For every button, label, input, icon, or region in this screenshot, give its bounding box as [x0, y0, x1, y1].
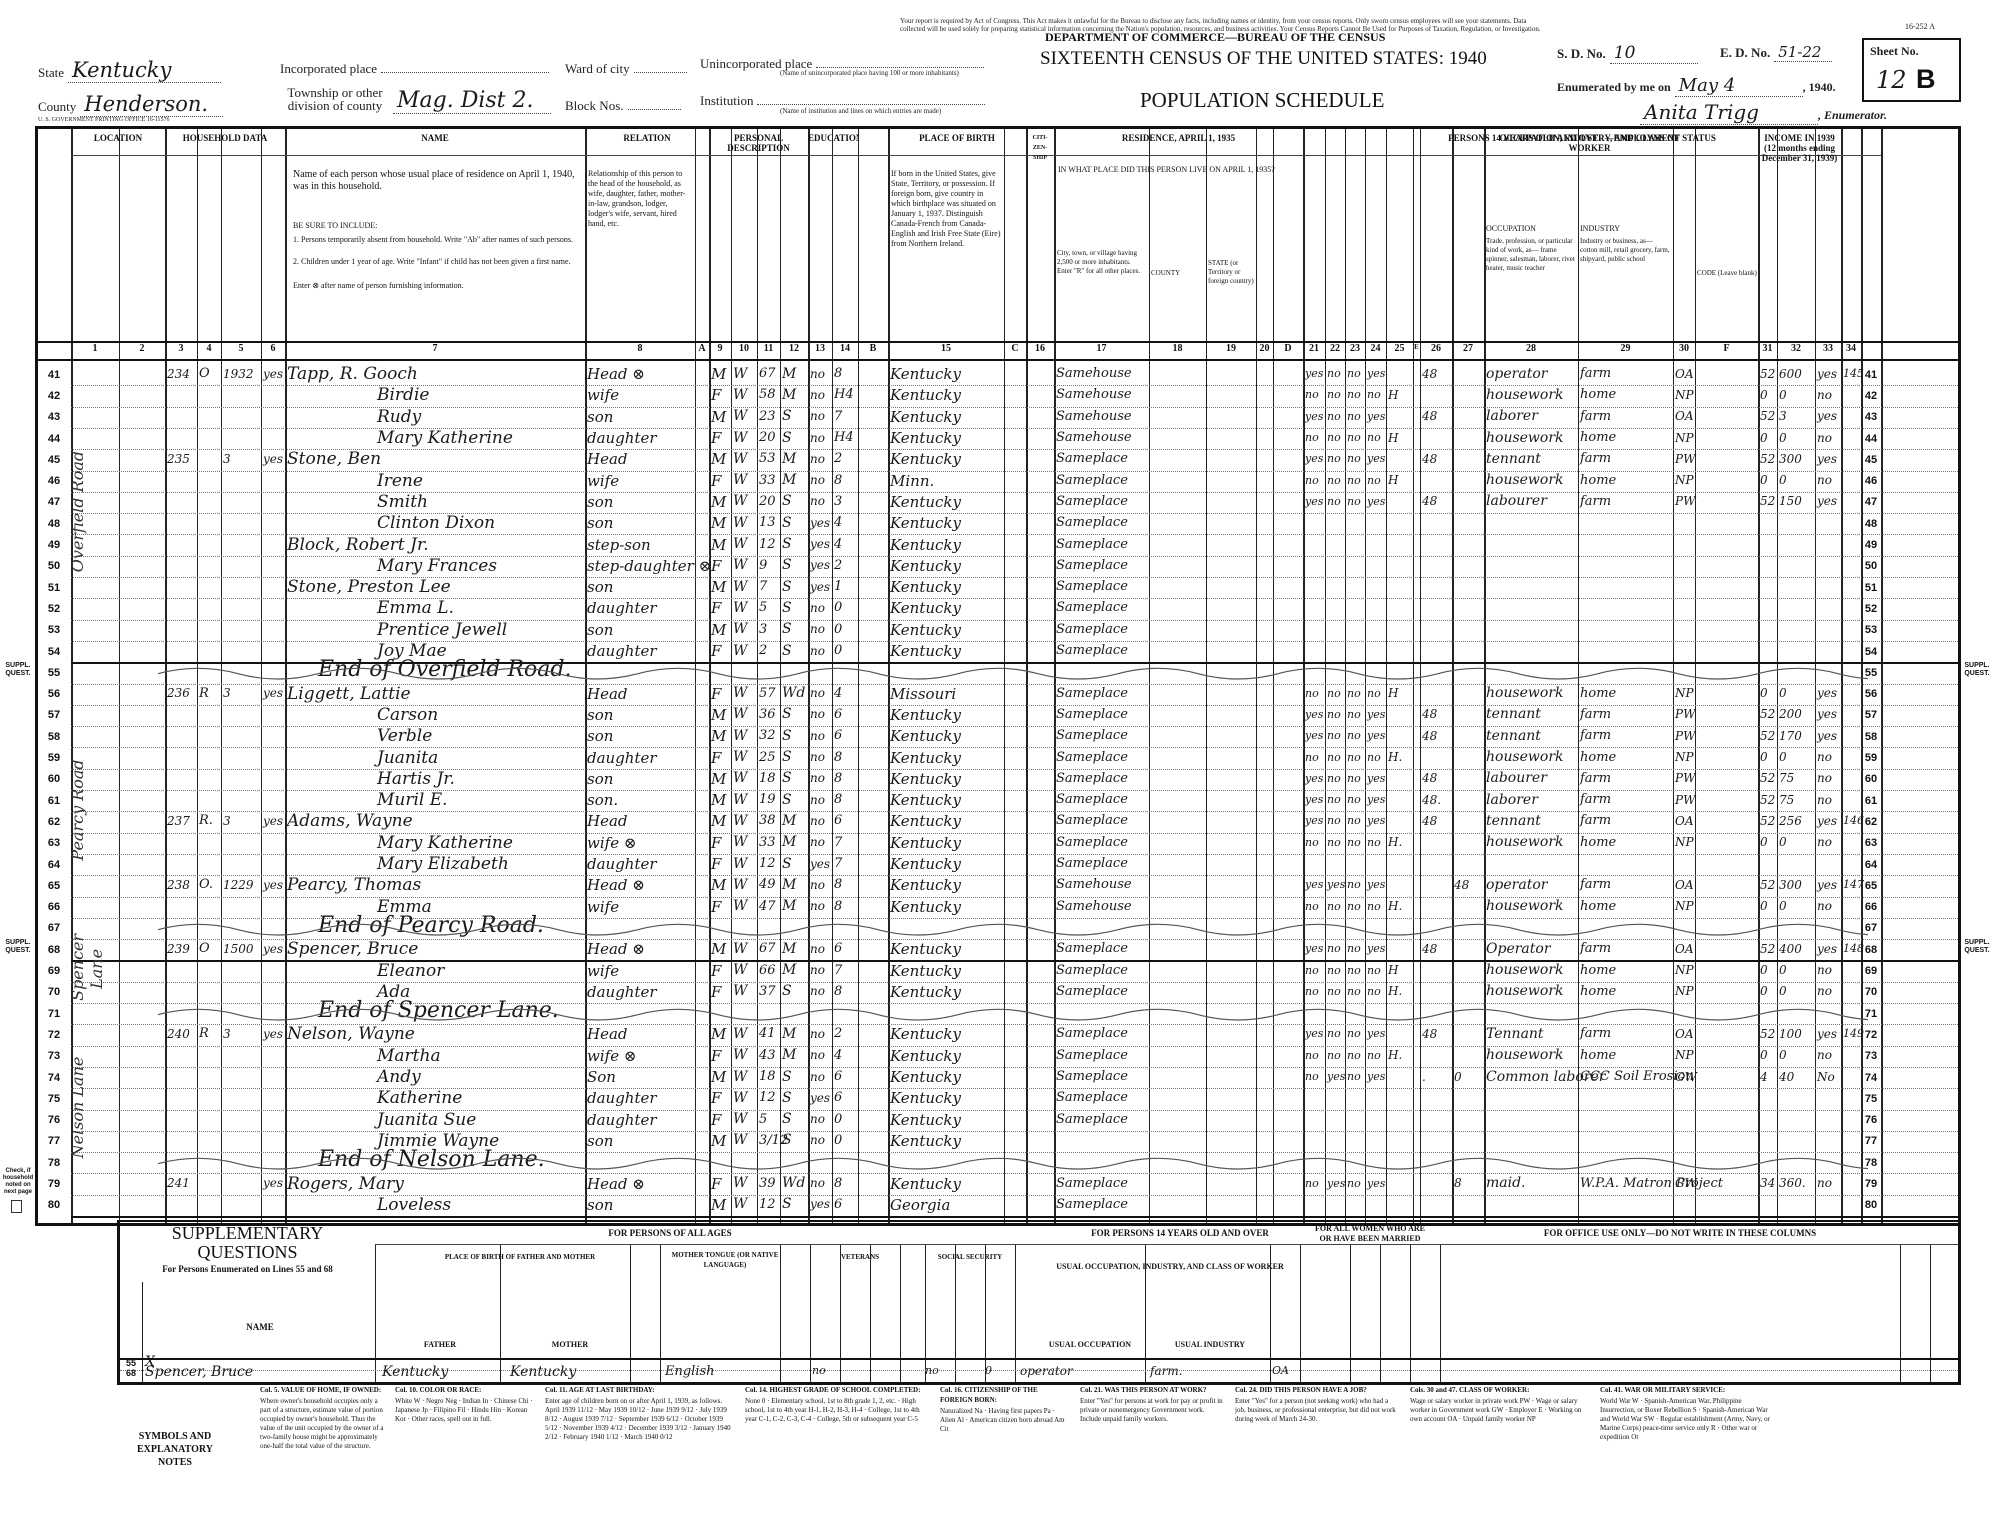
enumerator-label: , Enumerator.	[1818, 108, 1887, 122]
cell-grade: 6	[834, 1197, 842, 1212]
cell-birthplace: Missouri	[890, 685, 956, 703]
cell-wages: 40	[1779, 1070, 1794, 1084]
header-residence-county: COUNTY	[1151, 269, 1204, 278]
column-number: 6	[261, 343, 285, 354]
cell-weeks: 52	[1760, 409, 1775, 423]
cell-age: 36	[759, 707, 776, 722]
column-number: 1	[71, 343, 119, 354]
cell-tenure: O	[199, 366, 210, 381]
cell-school: no	[810, 431, 825, 445]
cell-grade: 8	[834, 771, 842, 786]
cell-occupation: housework	[1486, 983, 1564, 999]
cell-weeks: 0	[1760, 835, 1768, 849]
institution-note: (Name of institution and lines on which …	[780, 107, 941, 116]
cell-class: NP	[1675, 388, 1694, 402]
column-number: B	[858, 343, 888, 354]
cell-c21: yes	[1305, 814, 1323, 827]
cell-residence: Sameplace	[1056, 558, 1128, 573]
column-number: 14	[832, 343, 858, 354]
grid-line	[630, 1244, 631, 1382]
cell-occupation: tennant	[1486, 451, 1541, 467]
cell-c22: no	[1327, 985, 1341, 998]
table-row: AndySonMW18Sno6KentuckySameplacenoyesnoy…	[38, 1068, 1958, 1089]
cell-sex: F	[711, 1175, 721, 1193]
cell-industry: home	[1580, 430, 1616, 445]
table-row: Stone, Preston LeesonMW7Syes1KentuckySam…	[38, 578, 1958, 599]
cell-age: 12	[759, 537, 776, 552]
cell-name: Loveless	[377, 1195, 451, 1215]
state-field: State Kentucky	[38, 58, 221, 83]
printing-office: U. S. GOVERNMENT PRINTING OFFICE 16-1157…	[38, 116, 170, 125]
cell-relation: Head	[587, 812, 628, 830]
cell-marital: S	[782, 557, 792, 573]
cell-sex: M	[711, 536, 726, 554]
cell-birthplace: Kentucky	[890, 621, 961, 639]
cell-c22: no	[1327, 495, 1341, 508]
column-number: 26	[1420, 343, 1452, 354]
cell-c26: 48	[1422, 409, 1437, 423]
cell-c22: no	[1327, 474, 1341, 487]
ed-value: 51-22	[1774, 43, 1832, 62]
grid-line	[500, 1244, 501, 1382]
cell-c22: no	[1327, 687, 1341, 700]
cell-other-income: yes	[1817, 942, 1837, 956]
enumerated-field: Enumerated by me on May 4, 1940.	[1557, 75, 1836, 97]
sheet-side: B	[1916, 64, 1936, 95]
cell-weeks: 0	[1760, 388, 1768, 402]
note-heading: Col. 5. VALUE OF HOME, IF OWNED:	[260, 1385, 390, 1395]
column-number: A	[695, 343, 709, 354]
grid-line	[810, 1244, 811, 1382]
supp-cell-veteran: no	[812, 1364, 826, 1377]
cell-relation: wife	[587, 962, 619, 980]
cell-c24: yes	[1367, 452, 1385, 465]
cell-industry: farm	[1580, 494, 1611, 509]
cell-residence: Samehouse	[1056, 387, 1132, 402]
cell-age: 5	[759, 600, 767, 615]
cell-age: 12	[759, 1197, 776, 1212]
cell-grade: 7	[834, 856, 842, 871]
cell-age: 67	[759, 366, 776, 381]
cell-school: yes	[810, 1197, 830, 1211]
cell-class: NP	[1675, 473, 1694, 487]
cell-other-income: no	[1817, 1048, 1832, 1062]
cell-race: W	[733, 557, 747, 573]
cell-age: 33	[759, 835, 776, 850]
cell-class: PW	[1675, 707, 1695, 721]
cell-relation: daughter	[587, 599, 657, 617]
cell-age: 53	[759, 451, 776, 466]
cell-residence: Sameplace	[1056, 984, 1128, 999]
cell-c21: no	[1305, 1049, 1319, 1062]
cell-industry: home	[1580, 1048, 1616, 1063]
cell-weeks: 0	[1760, 899, 1768, 913]
table-row: Prentice JewellsonMW3Sno0KentuckySamepla…	[38, 621, 1958, 642]
incorporated-label: Incorporated place	[280, 61, 377, 76]
cell-c21: yes	[1305, 793, 1323, 806]
cell-c24: yes	[1367, 1070, 1385, 1083]
cell-grade: H4	[834, 387, 854, 402]
cell-relation: daughter	[587, 855, 657, 873]
incorporated-field: Incorporated place	[280, 60, 549, 78]
cell-dwelling: 237	[167, 814, 190, 828]
cell-c21: no	[1305, 964, 1319, 977]
cell-marital: M	[782, 366, 796, 382]
cell-c23: no	[1347, 729, 1361, 742]
cell-relation: daughter	[587, 749, 657, 767]
supp-cell-class: OA	[1272, 1364, 1289, 1377]
cell-other-income: no	[1817, 1176, 1832, 1190]
cell-c21: no	[1305, 687, 1319, 700]
cell-birthplace: Kentucky	[890, 791, 961, 809]
cell-other-income: yes	[1817, 814, 1837, 828]
supp-all-ages: FOR PERSONS OF ALL AGES	[380, 1228, 960, 1238]
cell-c25: H.	[1388, 835, 1402, 849]
cell-sex: F	[711, 983, 721, 1001]
suppl-quest-tag-right: SUPPL. QUEST.	[1962, 939, 1992, 955]
cell-grade: 8	[834, 984, 842, 999]
cell-school: no	[810, 1176, 825, 1190]
column-group-personal: PERSONAL DESCRIPTION	[709, 133, 808, 153]
cell-other-income: No	[1817, 1070, 1835, 1084]
cell-relation: son	[587, 514, 613, 532]
note-2: Col. 10. COLOR OR RACE:White W · Negro N…	[395, 1385, 535, 1424]
note-7: Col. 24. DID THIS PERSON HAVE A JOB?Ente…	[1235, 1385, 1400, 1424]
cell-tenure: O	[199, 941, 210, 956]
note-heading: Col. 21. WAS THIS PERSON AT WORK?	[1080, 1385, 1225, 1395]
cell-residence: Sameplace	[1056, 728, 1128, 743]
header-name-i2: 2. Children under 1 year of age. Write "…	[293, 257, 583, 267]
column-number: 34	[1841, 343, 1861, 354]
cell-c21: yes	[1305, 367, 1323, 380]
cell-birthplace: Minn.	[890, 472, 934, 490]
cell-c22: no	[1327, 729, 1341, 742]
table-row: LovelesssonMW12Syes6GeorgiaSameplace	[38, 1196, 1958, 1217]
cell-marital: S	[782, 1069, 792, 1085]
cell-residence: Sameplace	[1056, 1048, 1128, 1063]
note-body: White W · Negro Neg · Indian In · Chines…	[395, 1397, 535, 1424]
cell-school: no	[810, 963, 825, 977]
column-number: 29	[1578, 343, 1673, 354]
column-group-citizenship: CITI-ZEN-SHIP	[1026, 133, 1054, 163]
cell-relation: daughter	[587, 642, 657, 660]
cell-grade: 3	[834, 494, 842, 509]
cell-school: no	[810, 1112, 825, 1126]
cell-marital: M	[782, 472, 796, 488]
cell-c23: no	[1347, 1070, 1361, 1083]
cell-sex: M	[711, 621, 726, 639]
grid-line	[142, 1282, 143, 1382]
cell-relation: Head ⊗	[587, 876, 645, 894]
cell-weeks: 0	[1760, 431, 1768, 445]
ed-label: E. D. No.	[1720, 45, 1770, 60]
grid-line	[900, 1244, 901, 1382]
cell-grade: 4	[834, 686, 842, 701]
cell-c21: yes	[1305, 942, 1323, 955]
cell-industry: farm	[1580, 771, 1611, 786]
cell-age: 66	[759, 963, 776, 978]
cell-c24: yes	[1367, 793, 1385, 806]
cell-other-income: no	[1817, 984, 1832, 998]
cell-industry: farm	[1580, 409, 1611, 424]
cell-name: Muril E.	[377, 790, 448, 810]
column-number: 20	[1256, 343, 1273, 354]
cell-relation: Head ⊗	[587, 940, 645, 958]
cell-birthplace: Kentucky	[890, 812, 961, 830]
sd-value: 10	[1610, 43, 1698, 64]
grid-line	[660, 1244, 661, 1382]
column-number: 8	[585, 343, 695, 354]
cell-c24: yes	[1367, 729, 1385, 742]
cell-age: 41	[759, 1026, 776, 1041]
cell-race: W	[733, 1026, 747, 1042]
cell-c23: no	[1347, 687, 1361, 700]
cell-grade: 6	[834, 728, 842, 743]
column-number: 5	[221, 343, 261, 354]
cell-age: 7	[759, 579, 767, 594]
cell-marital: S	[782, 1090, 792, 1106]
cell-age: 25	[759, 750, 776, 765]
cell-sex: M	[711, 408, 726, 426]
cell-relation: son	[587, 1196, 613, 1214]
cell-c23: no	[1347, 410, 1361, 423]
column-number: 12	[780, 343, 808, 354]
cell-sex: M	[711, 450, 726, 468]
cell-name: Carson	[377, 705, 438, 725]
cell-weeks: 0	[1760, 963, 1768, 977]
header-industry: INDUSTRY	[1580, 224, 1670, 234]
cell-industry: home	[1580, 473, 1616, 488]
cell-school: no	[810, 1070, 825, 1084]
cell-grade: 0	[834, 622, 842, 637]
cell-name: Juanita	[377, 748, 438, 768]
cell-marital: S	[782, 536, 792, 552]
cell-weeks: 52	[1760, 367, 1775, 381]
table-row: 241yesRogers, MaryHead ⊗FW39Wdno8Kentuck…	[38, 1174, 1958, 1195]
supp-cell-mother: Kentucky	[510, 1364, 576, 1380]
cell-occupation: Operator	[1486, 941, 1551, 957]
table-row: 237R.3yesAdams, WayneHeadMW38Mno6Kentuck…	[38, 812, 1958, 833]
cell-other-income: no	[1817, 793, 1832, 807]
cell-age: 67	[759, 941, 776, 956]
cell-occupation: housework	[1486, 749, 1564, 765]
cell-school: no	[810, 1027, 825, 1041]
cell-residence: Sameplace	[1056, 941, 1128, 956]
cell-wages: 256	[1779, 814, 1802, 828]
cell-birthplace: Kentucky	[890, 514, 961, 532]
cell-weeks: 52	[1760, 878, 1775, 892]
cell-wages: 360.	[1779, 1176, 1806, 1190]
column-number: D	[1273, 343, 1303, 354]
cell-c24: no	[1367, 964, 1381, 977]
cell-occupation: operator	[1486, 366, 1547, 382]
cell-sex: M	[711, 770, 726, 788]
cell-class: NP	[1675, 899, 1694, 913]
grid-line	[1145, 1244, 1146, 1382]
enumerated-label: Enumerated by me on	[1557, 80, 1671, 94]
cell-birthplace: Kentucky	[890, 855, 961, 873]
cell-age: 12	[759, 856, 776, 871]
cell-c26: 48	[1422, 452, 1437, 466]
supp-line-number: 55	[120, 1358, 142, 1368]
cell-c24: no	[1367, 687, 1381, 700]
cell-relation: Head	[587, 685, 628, 703]
cell-occupation: operator	[1486, 877, 1547, 893]
cell-class: OA	[1675, 409, 1694, 423]
header-relation-desc: Relationship of this person to the head …	[588, 169, 690, 229]
sheet-box: Sheet No. 12 B	[1862, 38, 1961, 102]
cell-residence: Samehouse	[1056, 366, 1132, 381]
cell-sex: F	[711, 386, 721, 404]
table-row: Mary Katherinewife ⊗FW33Mno7KentuckySame…	[38, 834, 1958, 855]
cell-birthplace: Kentucky	[890, 1175, 961, 1193]
cell-race: W	[733, 643, 747, 659]
cell-school: yes	[810, 857, 830, 871]
ward-value	[634, 72, 687, 73]
cell-name: Block, Robert Jr.	[287, 535, 429, 555]
cell-sex: M	[711, 1025, 726, 1043]
cell-class: OA	[1675, 878, 1694, 892]
column-number: 9	[709, 343, 731, 354]
cell-other-income: no	[1817, 835, 1832, 849]
cell-grade: 8	[834, 877, 842, 892]
cell-marital: S	[782, 856, 792, 872]
cell-name: Rudy	[377, 407, 421, 427]
suppl-quest-tag-left: SUPPL. QUEST.	[4, 939, 32, 955]
cell-relation: step-son	[587, 536, 651, 554]
cell-race: W	[733, 728, 747, 744]
cell-sex: M	[711, 1196, 726, 1214]
header-name-i1: 1. Persons temporarily absent from house…	[293, 235, 583, 245]
cell-c21: no	[1305, 1177, 1319, 1190]
table-row: KatherinedaughterFW12Syes6KentuckySamepl…	[38, 1089, 1958, 1110]
cell-name: Stone, Ben	[287, 449, 381, 469]
cell-relation: daughter	[587, 983, 657, 1001]
note-6: Col. 21. WAS THIS PERSON AT WORK?Enter "…	[1080, 1385, 1225, 1424]
cell-wages: 200	[1779, 707, 1802, 721]
cell-class: NP	[1675, 984, 1694, 998]
cell-marital: S	[782, 408, 792, 424]
cell-birthplace: Kentucky	[890, 706, 961, 724]
cell-residence: Sameplace	[1056, 494, 1128, 509]
grid-line	[955, 1244, 956, 1382]
cell-occupation: housework	[1486, 472, 1564, 488]
grid-line	[375, 1244, 1958, 1245]
cell-residence: Sameplace	[1056, 622, 1128, 637]
cell-c24: yes	[1367, 814, 1385, 827]
cell-c22: no	[1327, 1027, 1341, 1040]
cell-residence: Sameplace	[1056, 1090, 1128, 1105]
cell-residence: Sameplace	[1056, 856, 1128, 871]
cell-residence: Sameplace	[1056, 600, 1128, 615]
cell-birthplace: Kentucky	[890, 983, 961, 1001]
cell-birthplace: Kentucky	[890, 1111, 961, 1129]
cell-value: 1500	[223, 942, 254, 956]
cell-industry: home	[1580, 387, 1616, 402]
cell-birthplace: Kentucky	[890, 1025, 961, 1043]
cell-grade: 6	[834, 1090, 842, 1105]
grid-line	[120, 1358, 1958, 1360]
check-box[interactable]	[11, 1200, 22, 1213]
note-5: Col. 16. CITIZENSHIP OF THE FOREIGN BORN…	[940, 1385, 1070, 1434]
cell-wages: 0	[1779, 473, 1787, 487]
cell-c26: 48	[1422, 771, 1437, 785]
cell-c26: 48	[1422, 1027, 1437, 1041]
cell-c21: no	[1305, 474, 1319, 487]
cell-marital: M	[782, 941, 796, 957]
cell-c22: yes	[1327, 878, 1345, 891]
cell-sex: F	[711, 429, 721, 447]
cell-birthplace: Kentucky	[890, 365, 961, 383]
cell-industry: home	[1580, 686, 1616, 701]
note-heading: Col. 10. COLOR OR RACE:	[395, 1385, 535, 1395]
cell-industry: farm	[1580, 941, 1611, 956]
cell-c22: no	[1327, 900, 1341, 913]
cell-c23: no	[1347, 452, 1361, 465]
cell-grade: 4	[834, 1048, 842, 1063]
cell-race: W	[733, 621, 747, 637]
cell-name: Spencer, Bruce	[287, 939, 418, 959]
cell-weeks: 0	[1760, 750, 1768, 764]
cell-c22: no	[1327, 452, 1341, 465]
table-row: Clinton DixonsonMW13Syes4KentuckySamepla…	[38, 514, 1958, 535]
cell-c23: no	[1347, 836, 1361, 849]
cell-residence: Sameplace	[1056, 686, 1128, 701]
cell-weeks: 0	[1760, 1048, 1768, 1062]
cell-class: PW	[1675, 494, 1695, 508]
supp-women: FOR ALL WOMEN WHO ARE OR HAVE BEEN MARRI…	[1315, 1224, 1425, 1244]
cell-c21: yes	[1305, 729, 1323, 742]
cell-industry: farm	[1580, 792, 1611, 807]
cell-sex: M	[711, 514, 726, 532]
cross-out-mark	[38, 1153, 1868, 1174]
table-row: Mary Francesstep-daughter ⊗FW9Syes2Kentu…	[38, 557, 1958, 578]
cell-grade: H4	[834, 430, 854, 445]
cell-name: Verble	[377, 726, 432, 746]
cell-school: no	[810, 793, 825, 807]
cell-other-income: no	[1817, 750, 1832, 764]
county-value: Henderson.	[80, 92, 223, 117]
cell-race: W	[733, 536, 747, 552]
cell-c23: no	[1347, 1049, 1361, 1062]
header-birth-desc: If born in the United States, give State…	[891, 169, 1001, 249]
cell-class: GW	[1675, 1176, 1697, 1190]
cell-c24: yes	[1367, 1177, 1385, 1190]
cell-other-income: no	[1817, 431, 1832, 445]
cell-residence: Samehouse	[1056, 430, 1132, 445]
cell-marital: S	[782, 1111, 792, 1127]
cell-c25: H	[1388, 431, 1398, 445]
cell-occupation: laborer	[1486, 792, 1538, 808]
cell-race: W	[733, 962, 747, 978]
cell-age: 3	[759, 622, 767, 637]
cell-farm: yes	[263, 367, 283, 381]
cell-industry: home	[1580, 984, 1616, 999]
cell-dwelling: 239	[167, 942, 190, 956]
cell-marital: S	[782, 1196, 792, 1212]
supp-usual-occ: USUAL OCCUPATION, INDUSTRY, AND CLASS OF…	[1020, 1262, 1320, 1272]
cell-wages: 0	[1779, 1048, 1787, 1062]
cell-marital: S	[782, 621, 792, 637]
cell-race: W	[733, 1069, 747, 1085]
cell-relation: son	[587, 1132, 613, 1150]
cell-marital: S	[782, 493, 792, 509]
cell-c23: no	[1347, 793, 1361, 806]
cell-school: yes	[810, 580, 830, 594]
cell-class: OA	[1675, 1027, 1694, 1041]
cell-c25: H	[1388, 963, 1398, 977]
cell-c23: no	[1347, 1177, 1361, 1190]
